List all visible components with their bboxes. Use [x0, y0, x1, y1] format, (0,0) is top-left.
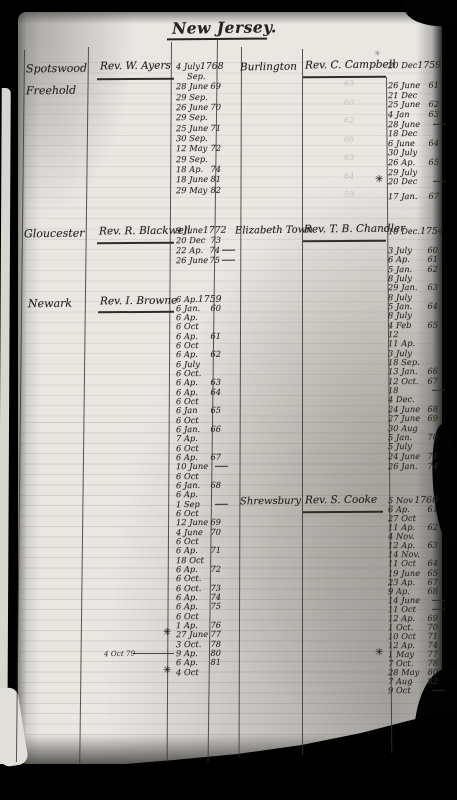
- date-entry: 5 Jan.62: [388, 263, 438, 273]
- date-text: 22 Ap.: [176, 245, 203, 255]
- scanned-ledger-photo: New Jersey. SpotswoodFreeholdRev. W. Aye…: [0, 0, 457, 800]
- date-text: 26 June: [176, 255, 208, 265]
- asterisk-mark-icon: ✳: [163, 665, 171, 676]
- date-entry: 13 Jan.66: [388, 366, 438, 376]
- date-entry: 18 Ap.74: [176, 164, 221, 174]
- date-year: 67: [428, 190, 439, 200]
- date-year: 69: [427, 413, 438, 423]
- asterisk-mark-icon: ✳: [163, 628, 171, 639]
- date-text: 4 Oct: [176, 667, 199, 677]
- date-entry: 12 June69: [176, 517, 221, 527]
- minister-underline: [97, 77, 174, 79]
- date-entry: 19 June65: [388, 567, 438, 577]
- date-entry: 17 Jan.67: [388, 190, 439, 200]
- date-entry: 29 July: [388, 166, 439, 176]
- margin-note: 4 Oct 79: [104, 649, 135, 659]
- date-year: 74: [209, 245, 220, 255]
- date-entry: 10 Dec.1754: [388, 225, 438, 235]
- date-year: 63: [427, 282, 438, 292]
- minister-underline: [97, 241, 174, 243]
- date-entry: 11 Oct64: [388, 558, 438, 568]
- place-name: Freehold: [26, 84, 76, 98]
- date-year: 1759: [417, 59, 441, 70]
- place-name: Spotswood: [26, 62, 87, 76]
- date-entry: 24 June71: [388, 450, 438, 460]
- date-entry: 6 Oct: [176, 321, 221, 331]
- ghost-numeral: 60: [344, 98, 354, 107]
- minister-name: Rev. C. Campbell: [305, 58, 396, 71]
- dash-mark: [433, 180, 446, 181]
- date-text: 25 June: [176, 123, 208, 133]
- place-name: Elizabeth Town: [235, 224, 313, 236]
- date-year: 63: [428, 109, 439, 119]
- date-entry: 28 June69: [176, 81, 221, 91]
- date-year: 69: [210, 517, 221, 527]
- date-entry: 18 June81: [176, 174, 221, 184]
- minister-underline: [303, 75, 386, 77]
- date-entry: 6 Ap.75: [176, 601, 221, 611]
- date-year: 71: [210, 545, 221, 555]
- date-entry: 25 June71: [176, 122, 221, 132]
- date-entry: 4 Dec.: [388, 394, 438, 404]
- date-year: 77: [210, 629, 221, 639]
- date-text: 17 Jan.: [388, 191, 418, 201]
- date-entry: 7 Ap.: [176, 433, 221, 443]
- faint-asterisk-icon: ✳: [374, 49, 381, 58]
- dash-mark: [433, 123, 446, 124]
- date-entry: ✳20 Dec: [388, 176, 439, 186]
- place-name: Newark: [28, 297, 72, 311]
- date-year: 61: [427, 254, 438, 264]
- date-text: 25 June: [388, 99, 420, 109]
- minister-underline: [303, 239, 386, 241]
- date-text: 28 June: [176, 81, 208, 91]
- date-entry: 6 Ap.71: [176, 545, 221, 555]
- date-year: 1768: [200, 60, 224, 71]
- date-year: 82: [210, 184, 221, 194]
- date-entry: 30 Sep.: [176, 133, 221, 143]
- date-year: 73: [210, 234, 221, 244]
- date-text: 26 Jan.: [388, 461, 418, 471]
- date-year: 71: [210, 122, 221, 132]
- dash-mark: [215, 503, 228, 504]
- date-year: 81: [210, 657, 221, 667]
- date-text: 10 Dec.: [388, 225, 420, 235]
- date-year: 61: [428, 80, 439, 90]
- date-year: 81: [210, 174, 221, 184]
- date-year: 74: [427, 461, 438, 471]
- date-entry: 6 Ap.61: [388, 254, 438, 264]
- date-entry: 8 July: [388, 291, 438, 301]
- date-entry: 6 Ap.: [176, 489, 221, 499]
- date-text: 18 June: [176, 174, 208, 184]
- date-entry: 6 Ap.81: [176, 657, 221, 667]
- date-year: 71: [427, 450, 438, 460]
- date-text: 26 Ap.: [388, 157, 415, 167]
- place-name: Gloucester: [24, 227, 85, 241]
- ghost-numeral: 64: [344, 172, 354, 181]
- date-text: 6 Ap.: [176, 657, 198, 667]
- date-text: 26 June: [388, 80, 420, 90]
- date-text: 26 June: [176, 102, 208, 112]
- date-text: 29 May: [176, 185, 207, 195]
- date-text: 4 July: [176, 60, 200, 70]
- date-entry: 9 Oct: [388, 685, 438, 695]
- minister-underline: [303, 510, 383, 512]
- date-text: Sep.: [176, 71, 206, 81]
- date-text: 27 June: [388, 413, 420, 423]
- date-text: 20 Dec: [176, 235, 205, 245]
- date-entry: ✳4 Oct: [176, 666, 221, 676]
- date-year: 66: [427, 366, 438, 376]
- date-text: 30 Sep.: [176, 133, 208, 143]
- date-entry: 29 May82: [176, 184, 221, 194]
- adjacent-page-edge: [0, 88, 11, 764]
- minister-name: Rev. S. Cooke: [305, 494, 377, 507]
- date-entry: 22 Ap.74: [176, 245, 221, 255]
- date-entry: 9 June1772: [176, 224, 221, 234]
- date-text: 24 June: [388, 450, 420, 460]
- date-text: 29 Jan.: [388, 282, 418, 292]
- date-entry: 6 Jan65: [176, 405, 221, 415]
- dash-mark: [432, 599, 445, 600]
- date-entry: 10 June: [176, 461, 221, 471]
- place-name: Burlington: [240, 61, 297, 74]
- date-text: 5 July: [388, 441, 412, 451]
- date-entry: 26 Jan.74: [388, 461, 438, 471]
- date-entry: 4 July1768: [176, 60, 221, 70]
- date-text: 12 May: [176, 143, 207, 153]
- date-year: 1754: [420, 225, 444, 236]
- date-entry: 29 Sep.: [176, 112, 221, 122]
- date-text: 9 June: [176, 224, 203, 234]
- date-year: 65: [428, 157, 439, 167]
- date-year: 75: [210, 601, 221, 611]
- asterisk-mark-icon: ✳: [375, 647, 383, 658]
- date-entry: 30 July: [388, 147, 439, 157]
- date-entry: 5 July: [388, 441, 438, 451]
- asterisk-mark-icon: ✳: [375, 174, 383, 185]
- minister-name: Rev. W. Ayers: [100, 60, 171, 73]
- date-text: 6 Ap.: [388, 254, 410, 264]
- date-year: 1772: [203, 224, 227, 235]
- date-year: 74: [210, 164, 221, 174]
- minister-name: Rev. I. Browne: [100, 294, 177, 307]
- date-text: 9 Oct: [388, 685, 411, 695]
- column-rule: [302, 49, 303, 755]
- date-entry: Sep.: [176, 71, 221, 81]
- date-entry: 26 June61: [388, 80, 439, 90]
- date-year: 75: [209, 255, 220, 265]
- date-entry: 29 Sep.: [176, 153, 221, 163]
- date-entry: 26 June70: [176, 102, 221, 112]
- date-text: 20 Dec: [388, 176, 417, 186]
- date-entry: 29 Jan.63: [388, 282, 438, 292]
- date-entry: 26 June75: [176, 255, 221, 265]
- ghost-numeral: 63: [344, 153, 354, 162]
- margin-note-dash: [133, 653, 174, 654]
- date-entry: 6 Oct.: [176, 573, 221, 583]
- date-year: 72: [210, 143, 221, 153]
- date-text: 4 Jan: [388, 109, 410, 119]
- date-entry: 25 June62: [388, 99, 439, 109]
- date-text: 30 July: [388, 147, 417, 157]
- date-entry: 4 Jan63: [388, 109, 439, 119]
- date-entry: 8 July: [388, 310, 438, 320]
- date-entry: 30 Aug: [388, 422, 438, 432]
- date-year: 70: [210, 102, 221, 112]
- date-text: 8 July: [388, 310, 412, 320]
- date-entry: 6 Ap.62: [176, 349, 221, 359]
- page-title: New Jersey.: [172, 17, 277, 37]
- date-entry: 6 Ap.63: [176, 377, 221, 387]
- date-year: 69: [210, 81, 221, 91]
- date-text: 20 Dec: [388, 59, 417, 69]
- dash-mark: [222, 249, 235, 250]
- date-text: 29 Sep.: [176, 154, 208, 164]
- date-entry: 20 Dec73: [176, 234, 221, 244]
- date-entry: ✳27 June77: [176, 629, 221, 639]
- date-entry: 11 Ap.: [388, 338, 438, 348]
- date-text: 18 Ap.: [176, 164, 203, 174]
- date-entry: 29 Sep.: [176, 91, 221, 101]
- date-entry: 6 Ap.1759: [176, 293, 221, 303]
- ghost-numeral: 62: [344, 116, 354, 125]
- ghost-numeral: 63: [344, 79, 354, 88]
- place-name: Shrewsbury: [240, 496, 301, 508]
- date-entry: 12 May72: [176, 143, 221, 153]
- date-entry: 26 Ap.65: [388, 157, 439, 167]
- ghost-numeral: 66: [344, 135, 354, 144]
- date-entry: 20 Dec1759: [388, 59, 439, 69]
- ghost-numeral: 59: [344, 190, 354, 199]
- date-entry: 18 Dec: [388, 128, 439, 138]
- date-entry: 27 June69: [388, 413, 438, 423]
- dash-mark: [432, 389, 445, 390]
- dash-mark: [432, 608, 445, 609]
- date-text: 18 Dec: [388, 128, 417, 138]
- date-text: 29 Sep.: [176, 112, 208, 122]
- date-text: 29 Sep.: [176, 91, 208, 101]
- date-year: 62: [428, 99, 439, 109]
- date-entry: 28 June: [388, 118, 439, 128]
